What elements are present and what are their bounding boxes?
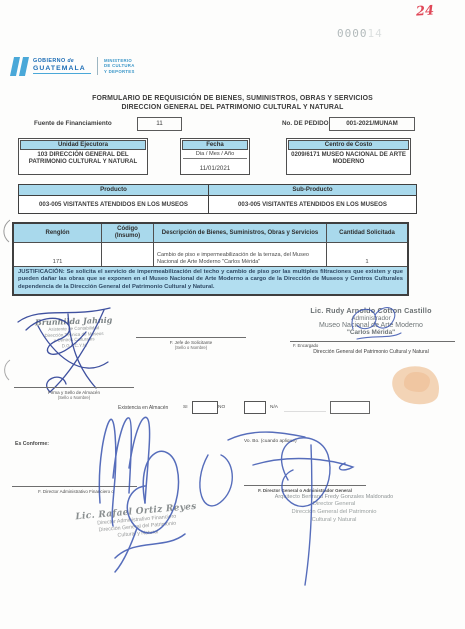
ministerio-wordmark: MINISTERIO DE CULTURA Y DEPORTES bbox=[104, 58, 135, 75]
warehouse-signature-line bbox=[14, 387, 134, 388]
order-number-label: No. DE PEDIDO bbox=[282, 120, 329, 127]
product-header: Producto bbox=[19, 185, 209, 196]
funding-source-label: Fuente de Financiamiento bbox=[34, 120, 112, 127]
date-format-label: Dia / Mes / Año bbox=[183, 151, 247, 159]
order-number-value-box: 001-2021/MUNAM bbox=[329, 117, 415, 131]
orange-seal-mark-inner bbox=[404, 372, 430, 392]
encargado-signature-line bbox=[290, 341, 455, 342]
guatemala-word: GUATEMALA bbox=[33, 65, 91, 72]
gobierno-guatemala-logo: GOBIERNO de GUATEMALA MINISTERIO DE CULT… bbox=[12, 52, 135, 80]
justification-block: JUSTIFICACIÓN: Se solicita el servicio d… bbox=[14, 267, 407, 294]
header-codigo: Código(Insumo) bbox=[102, 224, 154, 243]
yes-checkbox bbox=[192, 401, 218, 414]
administrator-signature-ink bbox=[345, 299, 405, 345]
cost-center-value: 0209/6171 MUSEO NACIONAL DE ARTE MODERNO bbox=[287, 150, 410, 165]
requester-signature-line bbox=[136, 337, 246, 338]
handwritten-page-number: 24 bbox=[415, 3, 434, 19]
no-checkbox bbox=[244, 401, 266, 414]
accountant-signature-ink bbox=[8, 300, 143, 400]
header-renglon: Renglón bbox=[14, 224, 102, 243]
warehouse-line-labels: Firma y Sello de Almacén (Sello o Nombre… bbox=[14, 390, 134, 400]
cost-center-box: Centro de Costo 0209/6171 MUSEO NACIONAL… bbox=[286, 138, 411, 175]
date-box: Fecha Dia / Mes / Año 11/01/2021 bbox=[180, 138, 250, 175]
cost-center-header: Centro de Costo bbox=[288, 140, 409, 150]
cell-descripcion: Cambio de piso e impermeabilización de l… bbox=[154, 243, 327, 267]
header-cantidad: Cantidad Solicitada bbox=[327, 224, 407, 243]
flag-bars-icon bbox=[12, 57, 27, 76]
pen-mark-left-lower bbox=[0, 358, 12, 382]
cell-codigo bbox=[102, 243, 154, 267]
executing-unit-header: Unidad Ejecutora bbox=[20, 140, 146, 150]
na-label: N/A bbox=[270, 405, 278, 410]
encargado-direction-label: Dirección General del Patrimonio Cultura… bbox=[285, 349, 457, 355]
executing-unit-box: Unidad Ejecutora 103 DIRECCIÓN GENERAL D… bbox=[18, 138, 148, 175]
product-value: 003-005 VISITANTES ATENDIDOS EN LOS MUSE… bbox=[19, 196, 209, 213]
cell-renglon: 171 bbox=[14, 243, 102, 267]
gobierno-de: de bbox=[67, 58, 74, 64]
executing-unit-value: 103 DIRECCIÓN GENERAL DEL PATRIMONIO CUL… bbox=[19, 150, 147, 165]
subproduct-header: Sub-Producto bbox=[209, 185, 416, 196]
items-table: Renglón Código(Insumo) Descripción de Bi… bbox=[12, 222, 409, 296]
funding-source-value-box: 11 bbox=[137, 117, 182, 131]
product-table: Producto Sub-Producto 003-005 VISITANTES… bbox=[18, 184, 417, 214]
logo-underline bbox=[33, 73, 91, 74]
form-title-line2: DIRECCION GENERAL DEL PATRIMONIO CULTURA… bbox=[0, 104, 465, 111]
cell-cantidad: 1 bbox=[327, 243, 407, 267]
header-descripcion: Descripción de Bienes, Suministros, Obra… bbox=[154, 224, 327, 243]
no-label: NO bbox=[218, 405, 225, 410]
date-value: 11/01/2021 bbox=[181, 165, 249, 172]
gobierno-wordmark: GOBIERNO de GUATEMALA bbox=[33, 58, 91, 74]
pen-mark-left-upper bbox=[0, 218, 12, 244]
date-header: Fecha bbox=[182, 140, 248, 150]
na-faint-line bbox=[284, 411, 326, 412]
logo-divider bbox=[97, 57, 98, 75]
folio-dark-digits: 0000 bbox=[337, 27, 368, 40]
items-table-header-row: Renglón Código(Insumo) Descripción de Bi… bbox=[14, 224, 407, 243]
form-title-line1: FORMULARIO DE REQUISICIÓN DE BIENES, SUM… bbox=[0, 95, 465, 102]
gobierno-word: GOBIERNO bbox=[33, 58, 66, 64]
general-director-signature-ink bbox=[193, 425, 368, 593]
encargado-label: F. Encargado bbox=[293, 343, 318, 348]
scanned-requisition-form: 24 000014 GOBIERNO de GUATEMALA MINISTER… bbox=[0, 0, 465, 629]
subproduct-value: 003-005 VISITANTES ATENDIDOS EN LOS MUSE… bbox=[209, 196, 416, 213]
conforme-label: Es Conforme: bbox=[15, 441, 49, 447]
folio-stamp-number: 000014 bbox=[337, 27, 383, 40]
items-table-row: 171 Cambio de piso e impermeabilización … bbox=[14, 243, 407, 267]
requester-line-labels: F. Jefe de Solicitante (Sello o Nombre) bbox=[136, 340, 246, 350]
na-checkbox bbox=[330, 401, 370, 414]
folio-faint-digits: 14 bbox=[368, 27, 383, 40]
admin-director-signature-ink bbox=[75, 408, 195, 578]
